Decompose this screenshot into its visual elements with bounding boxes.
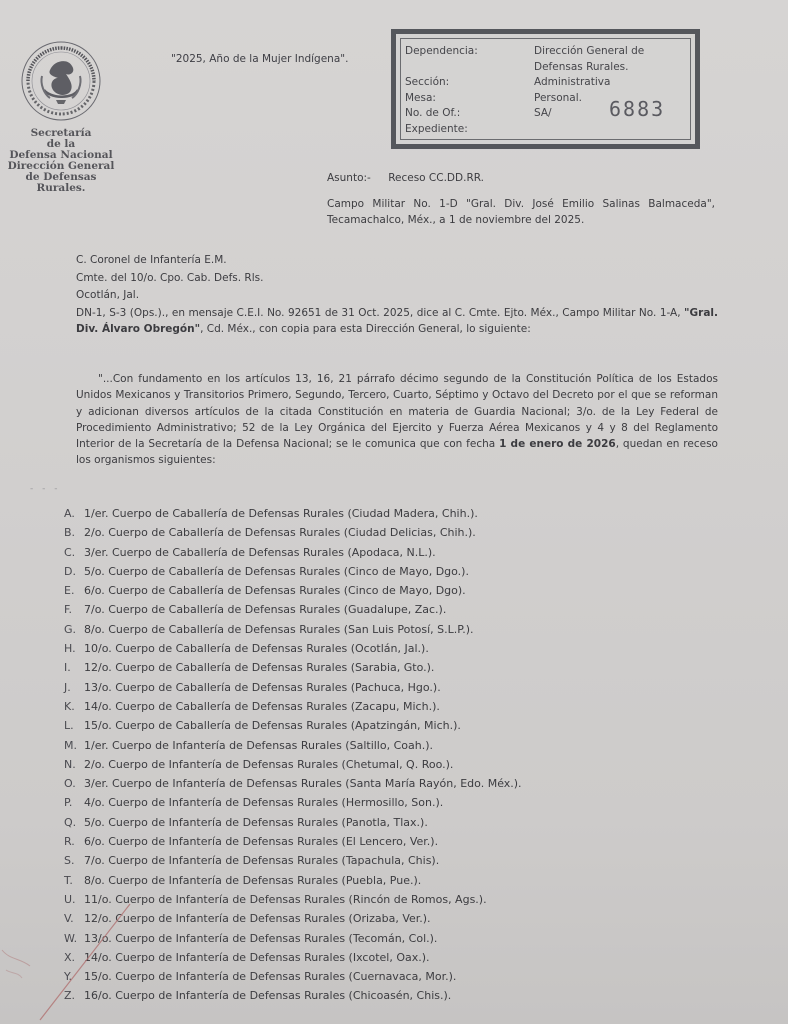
unit-list-item: E.6/o. Cuerpo de Caballería de Defensas … <box>64 581 522 600</box>
unit-list-item: R.6/o. Cuerpo de Infantería de Defensas … <box>64 832 522 851</box>
unit-text: 5/o. Cuerpo de Caballería de Defensas Ru… <box>84 562 469 581</box>
label-dependencia: Dependencia: <box>405 44 478 60</box>
place-and-date: Campo Militar No. 1-D "Gral. Div. José E… <box>327 196 715 228</box>
body-paragraph-1: DN-1, S-3 (Ops.)., en mensaje C.E.I. No.… <box>76 305 718 338</box>
unit-list-item: S.7/o. Cuerpo de Infantería de Defensas … <box>64 851 522 870</box>
agency-line: Rurales. <box>4 183 118 194</box>
unit-list-item: K.14/o. Cuerpo de Caballería de Defensas… <box>64 697 522 716</box>
unit-letter: E. <box>64 581 84 600</box>
para2-effective-date: 1 de enero de 2026 <box>499 438 616 450</box>
unit-list-item: M.1/er. Cuerpo de Infantería de Defensas… <box>64 736 522 755</box>
unit-text: 1/er. Cuerpo de Caballería de Defensas R… <box>84 504 478 523</box>
unit-list-item: A.1/er. Cuerpo de Caballería de Defensas… <box>64 504 522 523</box>
label-no-of: No. de Of.: <box>405 106 478 122</box>
addressee-block: C. Coronel de Infantería E.M. Cmte. del … <box>76 252 263 305</box>
unit-letter: P. <box>64 793 84 812</box>
para1-text-end: , Cd. Méx., con copia para esta Direcció… <box>200 323 531 335</box>
unit-list-item: D.5/o. Cuerpo de Caballería de Defensas … <box>64 562 522 581</box>
value-dependencia-2: Defensas Rurales. <box>534 60 644 76</box>
unit-letter: D. <box>64 562 84 581</box>
unit-text: 2/o. Cuerpo de Caballería de Defensas Ru… <box>84 523 476 542</box>
unit-list-item: F.7/o. Cuerpo de Caballería de Defensas … <box>64 600 522 619</box>
unit-letter: N. <box>64 755 84 774</box>
unit-text: 10/o. Cuerpo de Caballería de Defensas R… <box>84 639 429 658</box>
unit-letter: S. <box>64 851 84 870</box>
unit-list-item: L.15/o. Cuerpo de Caballería de Defensas… <box>64 716 522 735</box>
body-paragraph-2: "...Con fundamento en los artículos 13, … <box>76 371 718 469</box>
unit-text: 3/er. Cuerpo de Caballería de Defensas R… <box>84 543 436 562</box>
unit-text: 1/er. Cuerpo de Infantería de Defensas R… <box>84 736 433 755</box>
addressee-command: Cmte. del 10/o. Cpo. Cab. Defs. Rls. <box>76 270 263 288</box>
unit-text: 14/o. Cuerpo de Caballería de Defensas R… <box>84 697 440 716</box>
addressee-location: Ocotlán, Jal. <box>76 287 263 305</box>
unit-list-item: N.2/o. Cuerpo de Infantería de Defensas … <box>64 755 522 774</box>
para1-text: DN-1, S-3 (Ops.)., en mensaje C.E.I. No.… <box>76 307 684 319</box>
label-mesa: Mesa: <box>405 91 478 107</box>
unit-text: 2/o. Cuerpo de Infantería de Defensas Ru… <box>84 755 453 774</box>
unit-text: 8/o. Cuerpo de Infantería de Defensas Ru… <box>84 871 421 890</box>
unit-text: 5/o. Cuerpo de Infantería de Defensas Ru… <box>84 813 428 832</box>
unit-text: 11/o. Cuerpo de Infantería de Defensas R… <box>84 890 487 909</box>
unit-letter: A. <box>64 504 84 523</box>
unit-letter: T. <box>64 871 84 890</box>
unit-text: 6/o. Cuerpo de Caballería de Defensas Ru… <box>84 581 466 600</box>
document-page: Secretaría de la Defensa Nacional Direcc… <box>0 0 788 1024</box>
unit-letter: L. <box>64 716 84 735</box>
unit-list-item: P.4/o. Cuerpo de Infantería de Defensas … <box>64 793 522 812</box>
unit-text: 15/o. Cuerpo de Caballería de Defensas R… <box>84 716 461 735</box>
coat-of-arms-seal-icon <box>20 40 102 122</box>
unit-text: 6/o. Cuerpo de Infantería de Defensas Ru… <box>84 832 438 851</box>
unit-list-item: Q.5/o. Cuerpo de Infantería de Defensas … <box>64 813 522 832</box>
year-motto: "2025, Año de la Mujer Indígena". <box>171 53 348 65</box>
unit-letter: C. <box>64 543 84 562</box>
label-seccion: Sección: <box>405 75 478 91</box>
unit-text: 7/o. Cuerpo de Caballería de Defensas Ru… <box>84 600 446 619</box>
stamped-office-number: 6883 <box>609 97 665 121</box>
subject-label: Asunto:- <box>327 172 371 184</box>
margin-marks: - - - <box>30 484 60 494</box>
unit-text: 13/o. Cuerpo de Caballería de Defensas R… <box>84 678 441 697</box>
unit-text: 12/o. Cuerpo de Caballería de Defensas R… <box>84 658 434 677</box>
reference-labels: Dependencia: Sección: Mesa: No. de Of.: … <box>405 44 478 138</box>
subject-line: Asunto:- Receso CC.DD.RR. <box>327 172 484 184</box>
unit-text: 4/o. Cuerpo de Infantería de Defensas Ru… <box>84 793 443 812</box>
value-seccion: Administrativa <box>534 75 644 91</box>
unit-list-item: B.2/o. Cuerpo de Caballería de Defensas … <box>64 523 522 542</box>
addressee-rank: C. Coronel de Infantería E.M. <box>76 252 263 270</box>
unit-list-item: C.3/er. Cuerpo de Caballería de Defensas… <box>64 543 522 562</box>
unit-letter: G. <box>64 620 84 639</box>
unit-letter: K. <box>64 697 84 716</box>
unit-list-item: I.12/o. Cuerpo de Caballería de Defensas… <box>64 658 522 677</box>
unit-letter: M. <box>64 736 84 755</box>
unit-letter: O. <box>64 774 84 793</box>
unit-list-item: J.13/o. Cuerpo de Caballería de Defensas… <box>64 678 522 697</box>
unit-letter: B. <box>64 523 84 542</box>
unit-list-item: O.3/er. Cuerpo de Infantería de Defensas… <box>64 774 522 793</box>
unit-letter: J. <box>64 678 84 697</box>
unit-list-item: H.10/o. Cuerpo de Caballería de Defensas… <box>64 639 522 658</box>
unit-letter: R. <box>64 832 84 851</box>
reference-box: Dependencia: Sección: Mesa: No. de Of.: … <box>391 29 700 149</box>
unit-text: 3/er. Cuerpo de Infantería de Defensas R… <box>84 774 522 793</box>
label-expediente: Expediente: <box>405 122 478 138</box>
subject-value: Receso CC.DD.RR. <box>388 172 484 184</box>
unit-text: 7/o. Cuerpo de Infantería de Defensas Ru… <box>84 851 439 870</box>
unit-list-item: T.8/o. Cuerpo de Infantería de Defensas … <box>64 871 522 890</box>
unit-letter: I. <box>64 658 84 677</box>
unit-letter: H. <box>64 639 84 658</box>
unit-letter: Q. <box>64 813 84 832</box>
value-dependencia-1: Dirección General de <box>534 44 644 60</box>
unit-list-item: G.8/o. Cuerpo de Caballería de Defensas … <box>64 620 522 639</box>
agency-name: Secretaría de la Defensa Nacional Direcc… <box>4 128 118 194</box>
unit-letter: F. <box>64 600 84 619</box>
unit-text: 8/o. Cuerpo de Caballería de Defensas Ru… <box>84 620 473 639</box>
pen-annotation-mark <box>0 900 140 1024</box>
